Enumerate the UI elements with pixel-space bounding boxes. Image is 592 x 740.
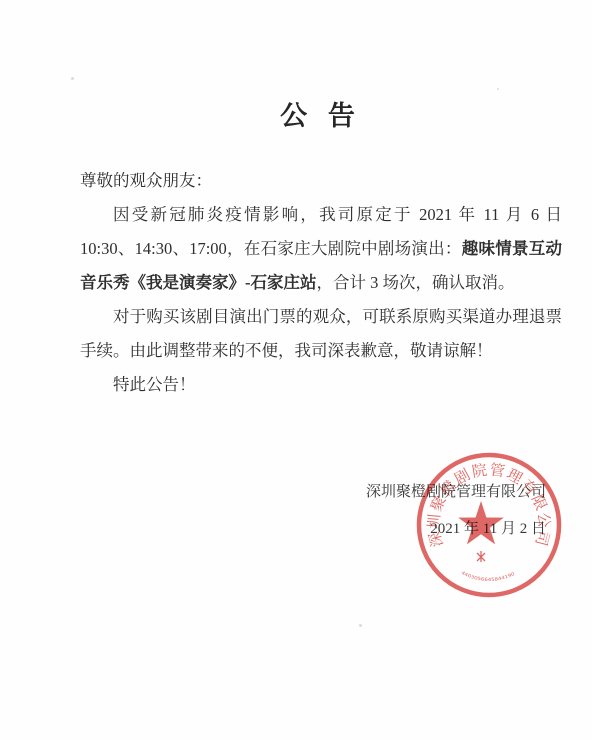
document-body: 尊敬的观众朋友： 因受新冠肺炎疫情影响，我司原定于 2021 年 11 月 6 … [80, 164, 562, 402]
announcement-document: 公 告 尊敬的观众朋友： 因受新冠肺炎疫情影响，我司原定于 2021 年 11 … [0, 0, 592, 740]
paragraph-refund: 对于购买该剧目演出门票的观众，可联系原购买渠道办理退票手续。由此调整带来的不便，… [80, 300, 562, 368]
page-title: 公 告 [80, 94, 562, 133]
seal-serial-number: 4403056645844190 [460, 570, 516, 583]
paragraph1-tail: ，合计 3 场次，确认取消。 [317, 273, 515, 292]
seal-center-mark [477, 551, 485, 562]
scan-speck [71, 77, 74, 80]
issue-date: 2021 年 11 月 2 日 [366, 511, 546, 548]
signature-block: 深圳聚橙剧院管理有限公司 2021 年 11 月 2 日 [366, 474, 546, 548]
scan-speck [542, 317, 545, 320]
closing-statement: 特此公告！ [80, 368, 562, 402]
paragraph-cancellation: 因受新冠肺炎疫情影响，我司原定于 2021 年 11 月 6 日 10:30、1… [80, 198, 562, 300]
company-name: 深圳聚橙剧院管理有限公司 [366, 474, 546, 511]
scan-speck [497, 88, 499, 90]
scan-speck [359, 624, 362, 627]
salutation: 尊敬的观众朋友： [80, 164, 562, 198]
